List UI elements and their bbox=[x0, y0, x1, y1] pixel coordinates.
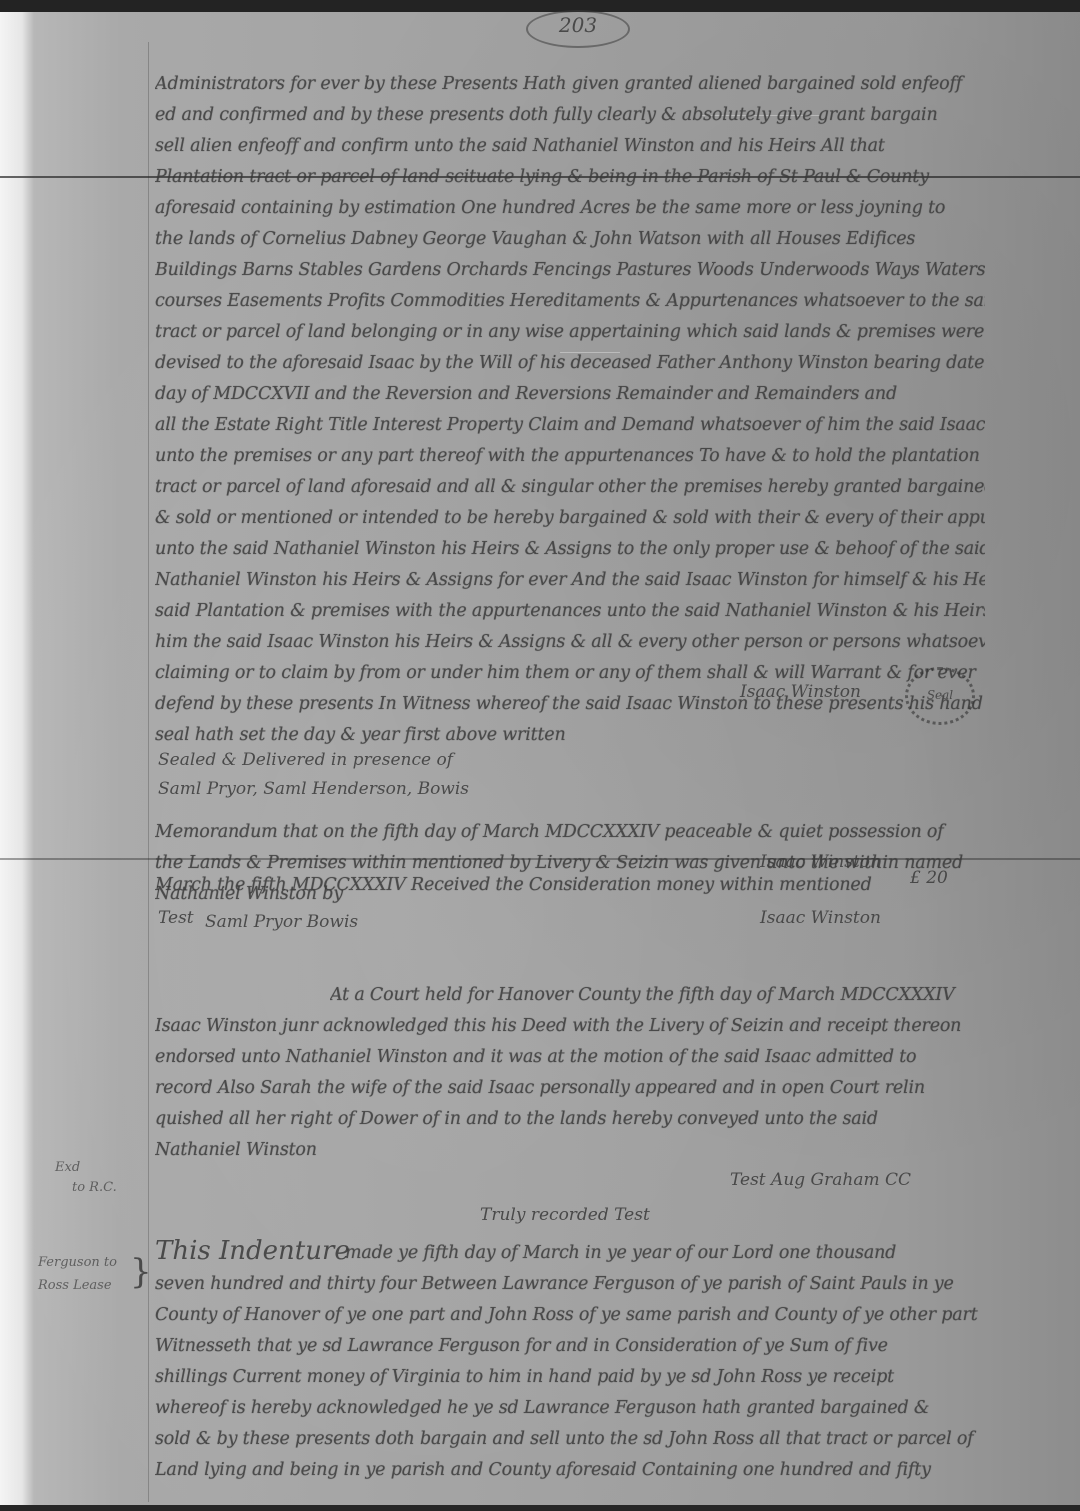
receipt-line: March the fifth MDCCXXXIV Received the C… bbox=[155, 875, 895, 895]
text-line: aforesaid containing by estimation One h… bbox=[155, 198, 985, 218]
text-line: sell alien enfeoff and confirm unto the … bbox=[155, 136, 985, 156]
text-line: said Plantation & premises with the appu… bbox=[155, 601, 985, 621]
text-line: Buildings Barns Stables Gardens Orchards… bbox=[155, 260, 985, 280]
signature-isaac-winston: Isaac Winston bbox=[760, 908, 881, 928]
clerk-attest: Test Aug Graham CC bbox=[730, 1170, 911, 1190]
text-line: Land lying and being in ye parish and Co… bbox=[155, 1460, 985, 1480]
text-line: day of MDCCXVII and the Reversion and Re… bbox=[155, 384, 985, 404]
brace-icon: } bbox=[130, 1252, 152, 1292]
text-line: At a Court held for Hanover County the f… bbox=[330, 985, 980, 1005]
text-line: made ye fifth day of March in ye year of… bbox=[345, 1243, 985, 1263]
text-line: County of Hanover of ye one part and Joh… bbox=[155, 1305, 985, 1325]
text-line: Administrators for ever by these Present… bbox=[155, 74, 985, 94]
text-line: claiming or to claim by from or under hi… bbox=[155, 663, 985, 683]
text-line: quished all her right of Dower of in and… bbox=[155, 1109, 985, 1129]
witness-names: Saml Pryor, Saml Henderson, Bowis bbox=[158, 779, 469, 799]
page-number-stamp: 203 bbox=[526, 10, 630, 48]
text-line: Nathaniel Winston his Heirs & Assigns fo… bbox=[155, 570, 985, 590]
scan-bottom-edge bbox=[0, 1505, 1080, 1511]
text-line: shillings Current money of Virginia to h… bbox=[155, 1367, 985, 1387]
margin-note-lease: Ross Lease bbox=[38, 1278, 112, 1293]
text-line: whereof is hereby acknowledged he ye sd … bbox=[155, 1398, 985, 1418]
text-line: Plantation tract or parcel of land scitu… bbox=[155, 167, 985, 187]
text-line: all the Estate Right Title Interest Prop… bbox=[155, 415, 985, 435]
text-line: seal hath set the day & year first above… bbox=[155, 725, 575, 745]
text-line: sold & by these presents doth bargain an… bbox=[155, 1429, 985, 1449]
text-line: Nathaniel Winston bbox=[155, 1140, 985, 1160]
margin-note-delivered: to R.C. bbox=[72, 1180, 117, 1195]
text-line: unto the premises or any part thereof wi… bbox=[155, 446, 985, 466]
text-line: Isaac Winston junr acknowledged this his… bbox=[155, 1016, 985, 1036]
signature-isaac-winston: Isaac Winston bbox=[740, 682, 861, 702]
text-line: Witnesseth that ye sd Lawrance Ferguson … bbox=[155, 1336, 985, 1356]
recorded-note: Truly recorded Test bbox=[480, 1205, 650, 1225]
margin-note-examined: Exd bbox=[55, 1160, 80, 1175]
text-line: the lands of Cornelius Dabney George Vau… bbox=[155, 229, 985, 249]
sealed-delivered-label: Sealed & Delivered in presence of bbox=[158, 750, 453, 770]
text-line: him the said Isaac Winston his Heirs & A… bbox=[155, 632, 985, 652]
text-line: courses Easements Profits Commodities He… bbox=[155, 291, 985, 311]
test-label: Test bbox=[158, 908, 194, 928]
text-line: seven hundred and thirty four Between La… bbox=[155, 1274, 985, 1294]
wax-seal-icon: Seal bbox=[905, 667, 975, 725]
text-line: tract or parcel of land belonging or in … bbox=[155, 322, 985, 342]
margin-note-ferguson: Ferguson to bbox=[38, 1255, 117, 1270]
text-line: endorsed unto Nathaniel Winston and it w… bbox=[155, 1047, 985, 1067]
text-line: record Also Sarah the wife of the said I… bbox=[155, 1078, 985, 1098]
signature-isaac-winston: Isaac Winston bbox=[760, 852, 881, 872]
text-line: devised to the aforesaid Isaac by the Wi… bbox=[155, 353, 985, 373]
receipt-amount: £ 20 bbox=[910, 868, 948, 888]
text-line: ed and confirmed and by these presents d… bbox=[155, 105, 985, 125]
test-witnesses: Saml Pryor Bowis bbox=[205, 912, 358, 932]
text-line: tract or parcel of land aforesaid and al… bbox=[155, 477, 985, 497]
indenture-heading: This Indenture bbox=[155, 1236, 350, 1266]
text-line: Memorandum that on the fifth day of Marc… bbox=[155, 822, 985, 842]
text-line: & sold or mentioned or intended to be he… bbox=[155, 508, 985, 528]
text-line: unto the said Nathaniel Winston his Heir… bbox=[155, 539, 985, 559]
